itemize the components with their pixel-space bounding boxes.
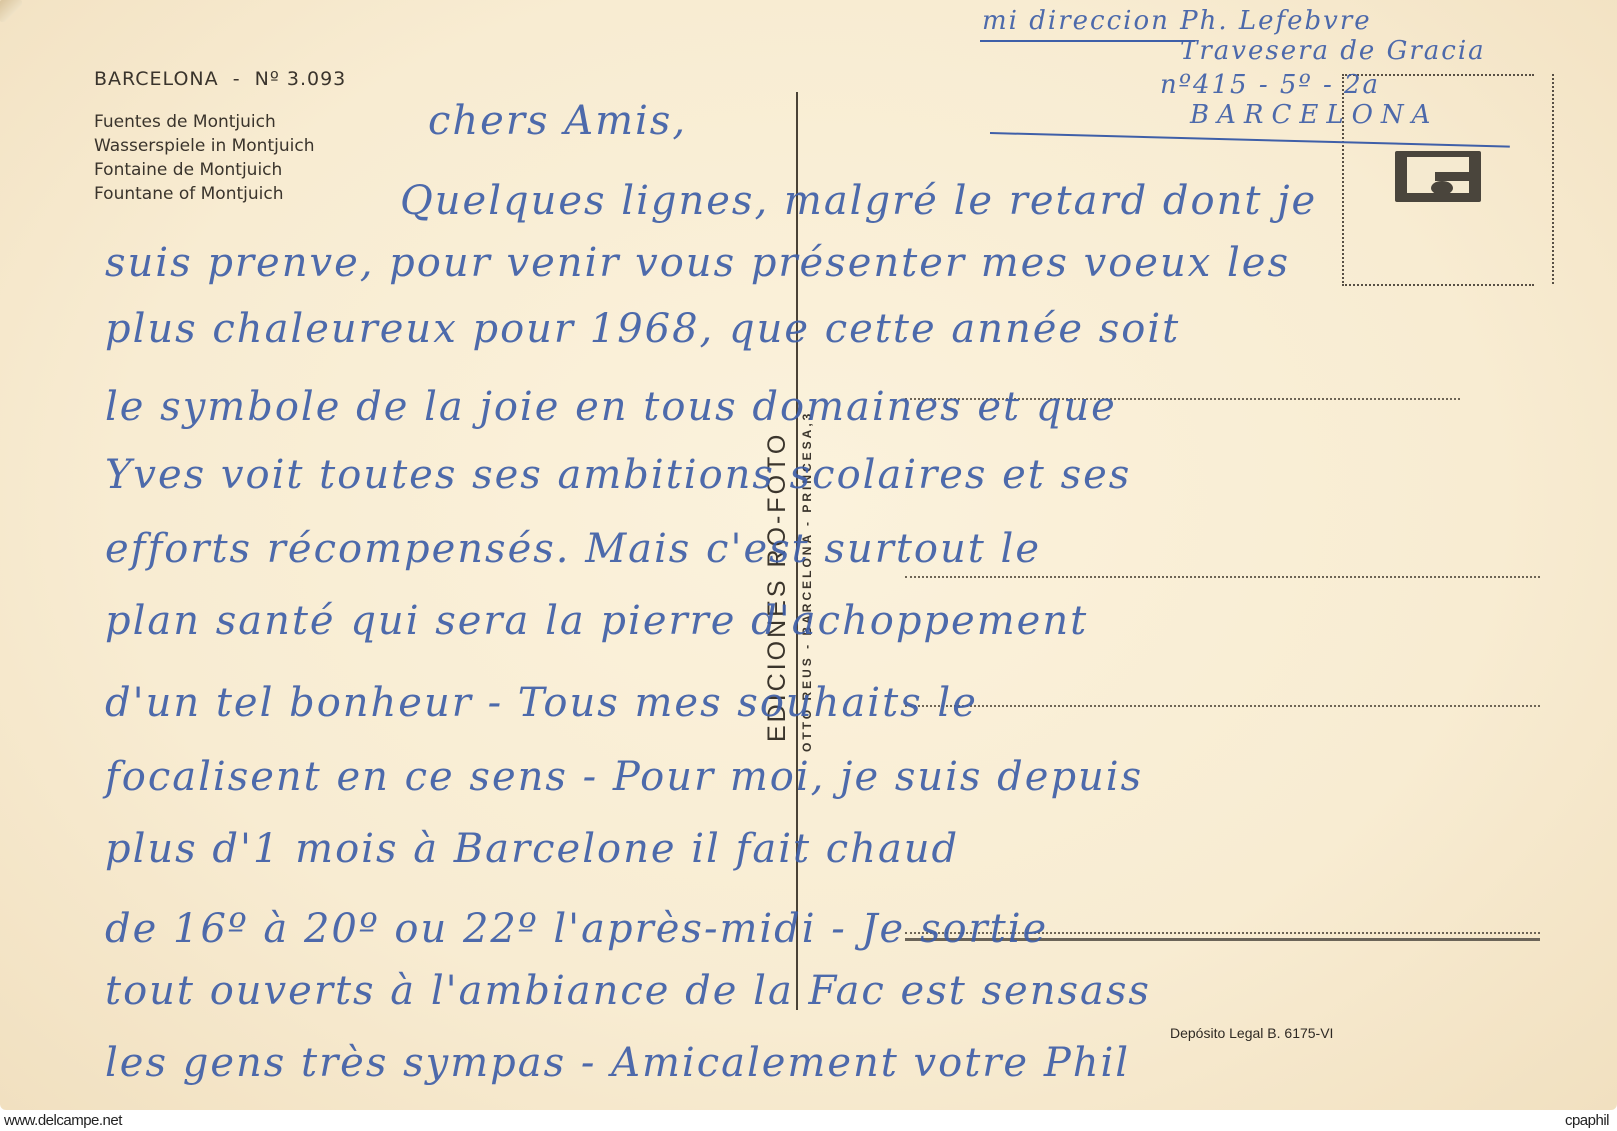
handwritten-address-line-3: nº415 - 5º - 2a [1160,70,1380,100]
watermark-site-link[interactable]: www.delcampe.net [4,1112,122,1129]
message-line: plus d'1 mois à Barcelone il fait chaud [105,826,959,872]
message-line: le symbole de la joie en tous domaines e… [105,384,1117,430]
seller-name: cpaphil [1565,1112,1609,1129]
postcard-back: BARCELONA - Nº 3.093 Fuentes de Montjuic… [0,0,1617,1110]
address-line-2 [905,576,1540,578]
postcard-title: BARCELONA - Nº 3.093 [94,68,346,90]
handwritten-address-line-1: mi direccion Ph. Lefebvre [982,6,1372,36]
handwritten-address-line-2: Travesera de Gracia [1180,36,1486,66]
message-line: suis prenve, pour venir vous présenter m… [105,240,1290,286]
message-line: plus chaleureux pour 1968, que cette ann… [105,306,1180,352]
caption-german: Wasserspiele in Montjuich [94,136,314,157]
message-line: Yves voit toutes ses ambitions scolaires… [105,452,1131,498]
message-line: chers Amis, [428,98,687,144]
message-line: de 16º à 20º ou 22º l'après-midi - Je so… [105,906,1048,952]
message-line: tout ouverts à l'ambiance de la Fac est … [105,968,1151,1014]
caption-spanish: Fuentes de Montjuich [94,112,276,133]
message-line: efforts récompensés. Mais c'est surtout … [105,526,1041,572]
message-line: d'un tel bonheur - Tous mes souhaits le [105,680,978,726]
postage-placeholder-icon [1395,151,1481,202]
message-line: Quelques lignes, malgré le retard dont j… [400,178,1317,224]
caption-french: Fontaine de Montjuich [94,160,282,181]
message-line: focalisent en ce sens - Pour moi, je sui… [105,754,1143,800]
message-line: plan santé qui sera la pierre d'achoppem… [105,598,1088,644]
legal-deposit: Depósito Legal B. 6175-VI [1170,1025,1333,1041]
caption-english: Fountane of Montjuich [94,184,283,205]
address-underline [980,40,1195,42]
address-line-3 [905,705,1540,707]
handwritten-address-line-4: BARCELONA [1190,100,1438,130]
message-line: les gens très sympas - Amicalement votre… [105,1040,1130,1086]
